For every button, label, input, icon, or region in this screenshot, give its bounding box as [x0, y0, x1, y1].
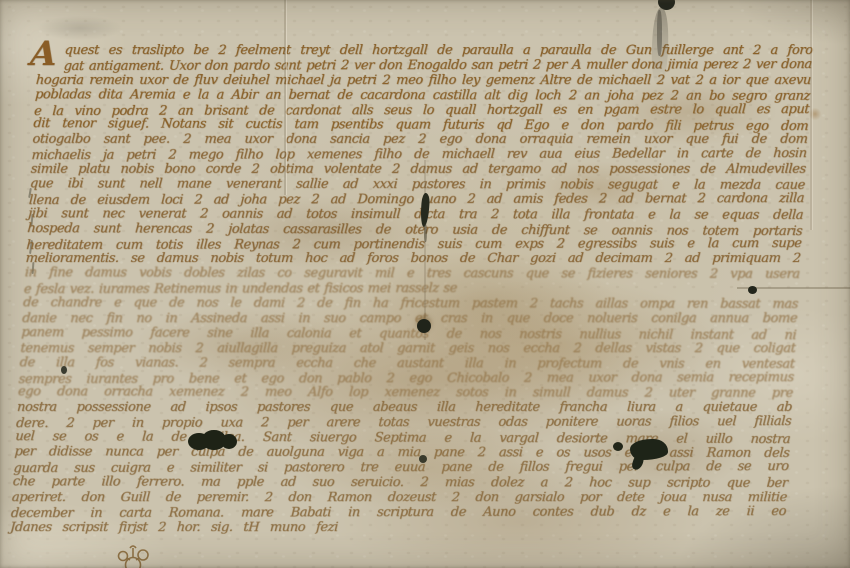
text-line scribe-signature-line: Jdanes scripsit firjst 2 hor. sig. tH mu…: [10, 521, 786, 536]
text-line: hereditatem cum totis illes Reynas 2 cum…: [26, 237, 802, 254]
parchment-manuscript: A quest es traslipto be 2 feelment treyt…: [0, 0, 850, 568]
fold-crease: [424, 160, 426, 340]
text-line: gat antigament. Uxor don pardo sant petr…: [36, 58, 812, 75]
text-line: december in carta Romana. mare Babati in…: [10, 505, 786, 522]
text-line: michaelis ja petri 2 mego filho lop xeme…: [31, 147, 807, 164]
notary-signum-drawing: [103, 538, 163, 568]
manuscript-text-block: A quest es traslipto be 2 feelment treyt…: [10, 44, 813, 535]
fold-crease: [810, 0, 812, 230]
worm-hole: [658, 0, 675, 10]
